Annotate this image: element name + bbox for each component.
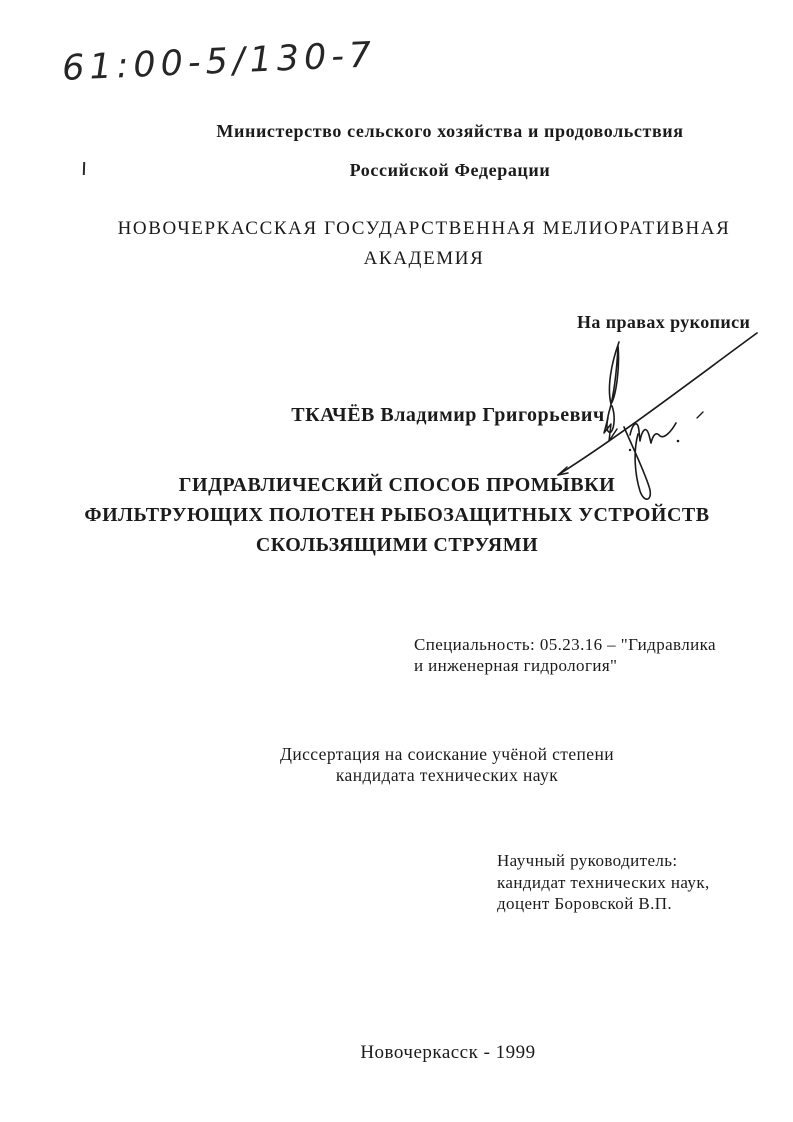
scan-stray-mark	[83, 162, 85, 175]
supervisor-line-2: кандидат технических наук,	[497, 872, 757, 894]
supervisor-line-3: доцент Боровской В.П.	[497, 893, 757, 915]
title-line-3: СКОЛЬЗЯЩИМИ СТРУЯМИ	[57, 530, 737, 560]
specialty-line-2: и инженерная гидрология"	[414, 656, 764, 677]
signature-icon	[548, 322, 773, 507]
ministry-line-1: Министерство сельского хозяйства и продо…	[130, 112, 770, 151]
ministry-line-2: Российской Федерации	[130, 151, 770, 190]
dissertation-title-page: 61:00-5/130-7 Министерство сельского хоз…	[0, 0, 793, 1122]
thesis-degree-note: Диссертация на соискание учёной степени …	[107, 744, 787, 785]
city-and-year: Новочеркасск - 1999	[104, 1042, 792, 1064]
specialty-line-1: Специальность: 05.23.16 – "Гидравлика	[414, 635, 764, 656]
academy-line-2: АКАДЕМИЯ	[104, 244, 744, 274]
academy-line-1: НОВОЧЕРКАССКАЯ ГОСУДАРСТВЕННАЯ МЕЛИОРАТИ…	[104, 214, 744, 244]
ministry-block: Министерство сельского хозяйства и продо…	[130, 112, 770, 190]
specialty-block: Специальность: 05.23.16 – "Гидравлика и …	[414, 635, 764, 676]
supervisor-block: Научный руководитель: кандидат техническ…	[497, 850, 757, 915]
academy-block: НОВОЧЕРКАССКАЯ ГОСУДАРСТВЕННАЯ МЕЛИОРАТИ…	[104, 214, 744, 274]
handwritten-catalog-number: 61:00-5/130-7	[61, 35, 377, 89]
supervisor-line-1: Научный руководитель:	[497, 850, 757, 872]
thesis-line-1: Диссертация на соискание учёной степени	[107, 744, 787, 765]
thesis-line-2: кандидата технических наук	[107, 765, 787, 786]
